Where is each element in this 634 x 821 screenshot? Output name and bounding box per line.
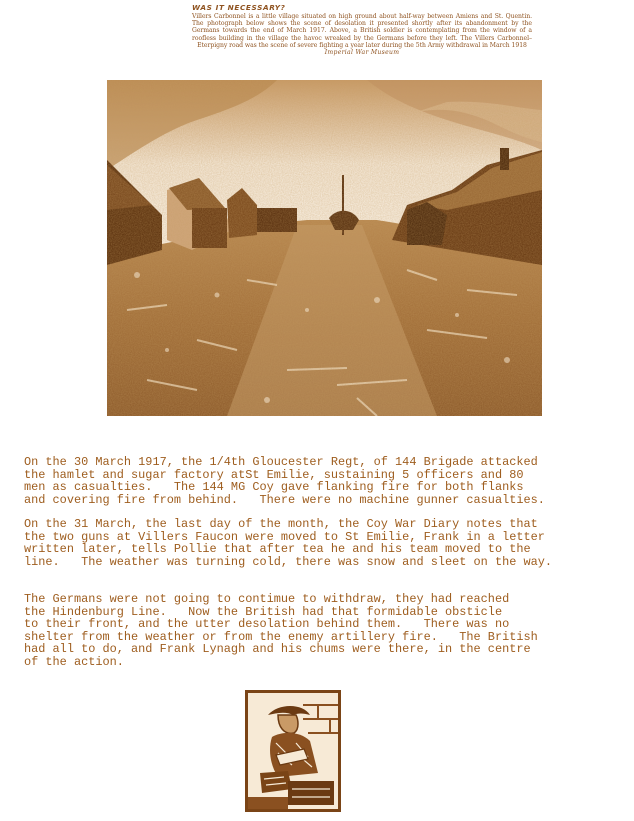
- clipping-body: Villers Carbonnel is a little village si…: [192, 13, 532, 49]
- newspaper-clipping: WAS IT NECESSARY? Villers Carbonnel is a…: [192, 3, 532, 57]
- paragraph-hindenburg-line: The Germans were not going to contimue t…: [24, 593, 624, 669]
- paragraph-30-march: On the 30 March 1917, the 1/4th Gloucest…: [24, 456, 624, 506]
- clipping-heading: WAS IT NECESSARY?: [192, 3, 532, 12]
- paragraph-31-march: On the 31 March, the last day of the mon…: [24, 518, 624, 568]
- clipping-credit: Imperial War Museum: [192, 49, 532, 57]
- village-ruins-photo: [107, 80, 542, 416]
- soldier-writing-illustration: [245, 690, 341, 812]
- paragraph-line: of the action.: [24, 655, 124, 669]
- paragraph-line: line. The weather was turning cold, ther…: [24, 555, 552, 569]
- paragraph-line: and covering fire from behind. There wer…: [24, 493, 545, 507]
